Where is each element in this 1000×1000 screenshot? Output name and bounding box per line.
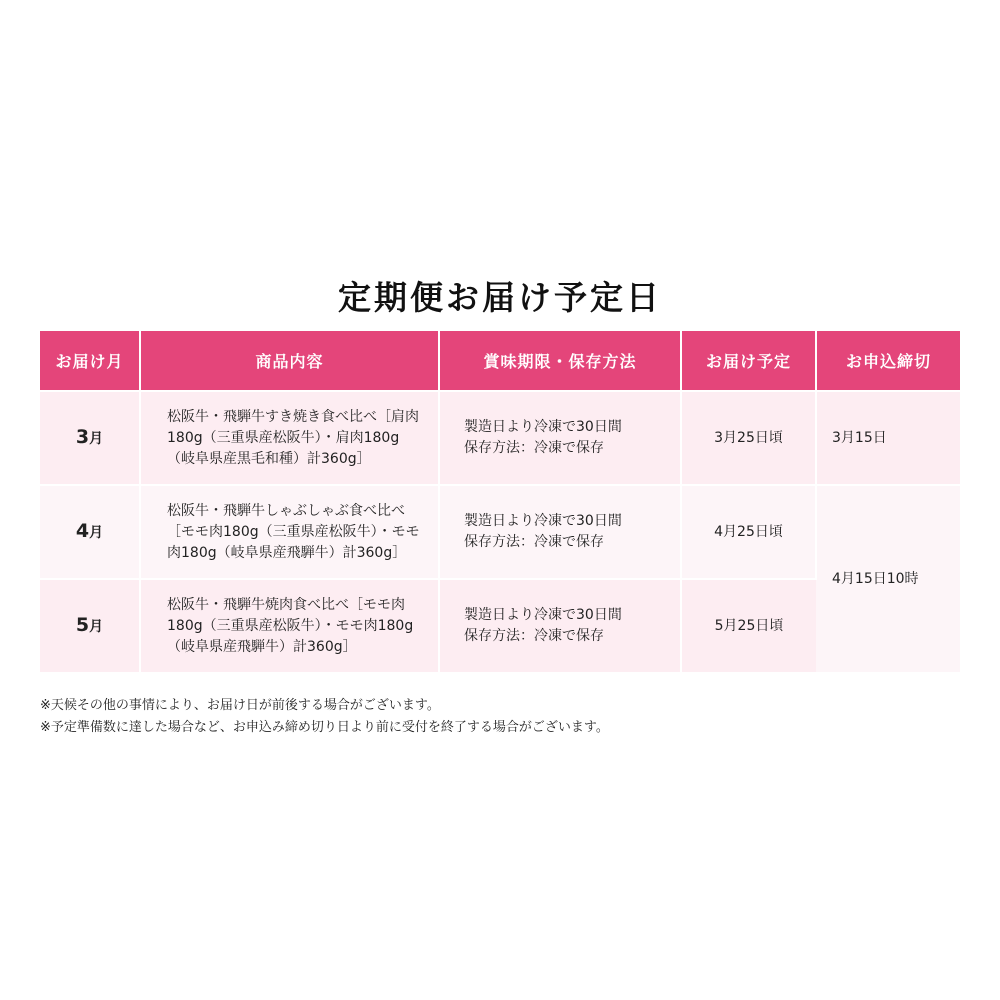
delivery-schedule-table: お届け月 商品内容 賞味期限・保存方法 お届け予定 お申込締切 3月 松阪牛・飛… <box>40 331 960 674</box>
storage-cell: 製造日より冷凍で30日間保存方法：冷凍で保存 <box>439 579 681 673</box>
delivery-date-cell: 3月25日頃 <box>681 391 816 485</box>
header-product: 商品内容 <box>140 331 439 391</box>
header-storage: 賞味期限・保存方法 <box>439 331 681 391</box>
storage-duration: 製造日より冷凍で30日間 <box>464 417 668 438</box>
delivery-date-cell: 5月25日頃 <box>681 579 816 673</box>
month-cell: 4月 <box>40 485 140 579</box>
deadline-cell-merged: 4月15日10時 <box>816 485 960 673</box>
table-row: 4月 松阪牛・飛騨牛しゃぶしゃぶ食べ比べ［モモ肉180g（三重県産松阪牛）・モモ… <box>40 485 960 579</box>
month-number: 4 <box>76 520 89 542</box>
table-header-row: お届け月 商品内容 賞味期限・保存方法 お届け予定 お申込締切 <box>40 331 960 391</box>
header-delivery-date: お届け予定 <box>681 331 816 391</box>
product-cell: 松阪牛・飛騨牛すき焼き食べ比べ［肩肉180g（三重県産松阪牛）・肩肉180g（岐… <box>140 391 439 485</box>
storage-cell: 製造日より冷凍で30日間保存方法：冷凍で保存 <box>439 485 681 579</box>
month-unit: 月 <box>89 431 103 447</box>
delivery-date-cell: 4月25日頃 <box>681 485 816 579</box>
note-weather: ※天候その他の事情により、お届け日が前後する場合がございます。 <box>40 695 609 717</box>
storage-cell: 製造日より冷凍で30日間保存方法：冷凍で保存 <box>439 391 681 485</box>
product-cell: 松阪牛・飛騨牛焼肉食べ比べ［モモ肉180g（三重県産松阪牛）・モモ肉180g（岐… <box>140 579 439 673</box>
month-unit: 月 <box>89 525 103 541</box>
product-cell: 松阪牛・飛騨牛しゃぶしゃぶ食べ比べ［モモ肉180g（三重県産松阪牛）・モモ肉18… <box>140 485 439 579</box>
page-title: 定期便お届け予定日 <box>0 272 1000 319</box>
deadline-cell: 3月15日 <box>816 391 960 485</box>
month-number: 3 <box>76 426 89 448</box>
storage-duration: 製造日より冷凍で30日間 <box>464 605 668 626</box>
month-cell: 3月 <box>40 391 140 485</box>
notes: ※天候その他の事情により、お届け日が前後する場合がございます。 ※予定準備数に達… <box>40 695 609 739</box>
storage-method: 保存方法：冷凍で保存 <box>464 626 668 647</box>
month-unit: 月 <box>89 619 103 635</box>
note-early-close: ※予定準備数に達した場合など、お申込み締め切り日より前に受付を終了する場合がござ… <box>40 717 609 739</box>
month-cell: 5月 <box>40 579 140 673</box>
table-row: 3月 松阪牛・飛騨牛すき焼き食べ比べ［肩肉180g（三重県産松阪牛）・肩肉180… <box>40 391 960 485</box>
header-deadline: お申込締切 <box>816 331 960 391</box>
storage-method: 保存方法：冷凍で保存 <box>464 532 668 553</box>
storage-duration: 製造日より冷凍で30日間 <box>464 511 668 532</box>
storage-method: 保存方法：冷凍で保存 <box>464 438 668 459</box>
month-number: 5 <box>76 614 89 636</box>
header-delivery-month: お届け月 <box>40 331 140 391</box>
